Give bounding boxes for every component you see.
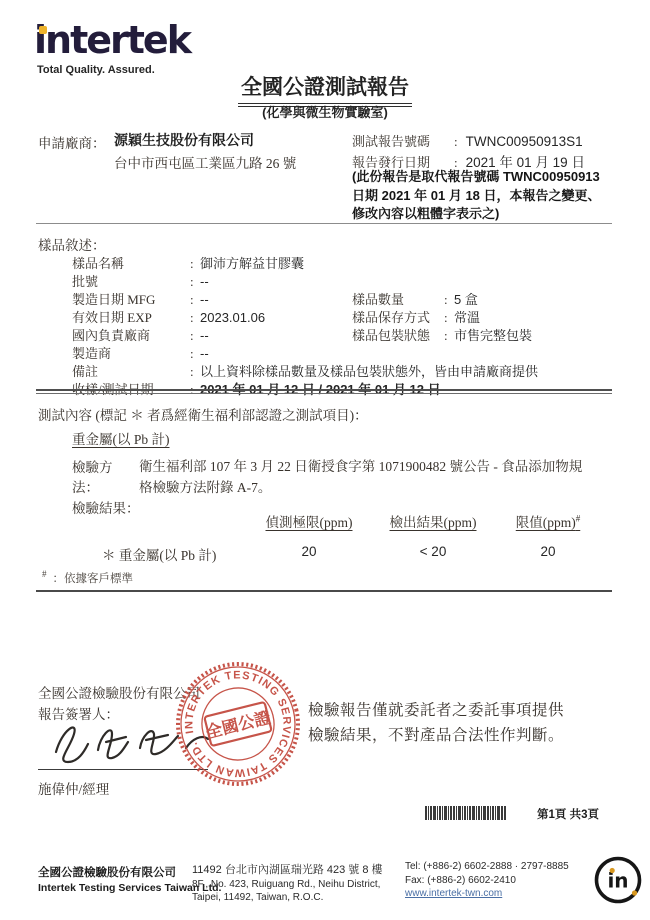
result-detection-value: 20 [246, 544, 372, 564]
report-number-row: 測試報告號碼:TWNC00950913S1 [352, 131, 583, 150]
intertek-roundel-icon: in [592, 854, 644, 906]
applicant-label: 申請廠商： [38, 132, 106, 152]
disclaimer-text: 檢驗報告僅就委託者之委託事項提供 檢驗結果，不對產品合法性作判斷。 [308, 698, 638, 748]
test-method-row: 檢驗方法： 衛生福利部 107 年 3 月 22 日衛授食字第 10719004… [72, 456, 612, 498]
sample-row-exp: 有效日期 EXP:2023.01.06 [72, 307, 265, 326]
applicant-name: 源穎生技股份有限公司 [114, 130, 254, 150]
intertek-logo: intertek [34, 18, 190, 62]
result-row-analyte: ＊ 重金屬(以 Pb 計) [78, 544, 246, 564]
test-method-text: 衛生福利部 107 年 3 月 22 日衛授食字第 1071900482 號公告… [139, 456, 582, 498]
footer-address-zh: 11492 台北市內湖區瑞光路 423 號 8 樓 [192, 864, 383, 878]
footer-website-link[interactable]: www.intertek-twn.com [405, 887, 569, 901]
test-content-intro: 測試內容 (標記 ＊ 者爲經衛生福利部認證之測試項目)： [38, 404, 368, 424]
sample-row-batch: 批號:-- [72, 271, 209, 290]
divider-top [36, 223, 612, 224]
footer-address: 11492 台北市內湖區瑞光路 423 號 8 樓 8F., No. 423, … [192, 864, 383, 905]
report-number-value: TWNC00950913S1 [466, 134, 583, 149]
certification-stamp: INTERTEK TESTING SERVICES TAIWAN LTD. 全國… [156, 642, 321, 807]
intertek-logo-dot-icon [39, 26, 47, 34]
col-limit: 限值(ppm)# [494, 511, 602, 531]
sample-row-manufacturer: 製造商:-- [72, 343, 209, 362]
test-method-label: 檢驗方法： [72, 456, 139, 498]
footer-contact: Tel: (+886-2) 6602-2888 · 2797-8885 Fax:… [405, 860, 569, 901]
stamp-center-text: 全國公證 [204, 707, 273, 742]
result-value: < 20 [372, 544, 494, 564]
analyte-title: 重金屬(以 Pb 計) [72, 428, 170, 448]
sample-row-mfg: 製造日期 MFG:-- [72, 289, 209, 308]
sample-storage-row: 樣品保存方式:常溫 [352, 307, 480, 326]
sample-row-remark: 備註:以上資料除樣品數量及樣品包裝狀態外，皆由申請廠商提供 [72, 361, 538, 380]
footer-address-en1: 8F., No. 423, Ruiguang Rd., Neihu Distri… [192, 878, 383, 892]
sample-row-domestic-agent: 國內負責廠商:-- [72, 325, 209, 344]
divider-bottom [36, 590, 612, 592]
table-footnote: #：依據客戶標準 [42, 569, 133, 586]
footer-address-en2: Taipei, 11492, Taiwan, R.O.C. [192, 891, 383, 905]
applicant-address: 台中市西屯區工業區九路 26 號 [114, 152, 296, 172]
sample-packaging-row: 樣品包裝狀態:市售完整包裝 [352, 325, 532, 344]
results-table: 偵測極限(ppm) 檢出結果(ppm) 限值(ppm)# ＊ 重金屬(以 Pb … [78, 511, 602, 564]
revision-note: (此份報告是取代報告號碼 TWNC00950913 日期 2021 年 01 月… [352, 168, 616, 224]
signer-name-title: 施偉仲/經理 [38, 778, 109, 798]
sample-quantity-row: 樣品數量:5 盒 [352, 289, 478, 308]
divider-double [36, 389, 612, 394]
barcode [425, 806, 507, 820]
col-detection-limit: 偵測極限(ppm) [246, 511, 372, 531]
footer-fax: Fax: (+886-2) 6602-2410 [405, 874, 569, 888]
sample-section-title: 樣品敘述： [38, 234, 106, 254]
report-subtitle: (化學與微生物實驗室) [0, 102, 650, 121]
report-number-label: 測試報告號碼 [352, 131, 446, 150]
result-limit-value: 20 [494, 544, 602, 564]
sample-row-name: 樣品名稱:御沛方解益甘膠囊 [72, 253, 304, 272]
report-page: intertek Total Quality. Assured. 全國公證測試報… [0, 0, 650, 920]
col-result: 檢出結果(ppm) [372, 511, 494, 531]
page-number: 第1頁 共3頁 [537, 806, 599, 822]
footer-tel: Tel: (+886-2) 6602-2888 · 2797-8885 [405, 860, 569, 874]
